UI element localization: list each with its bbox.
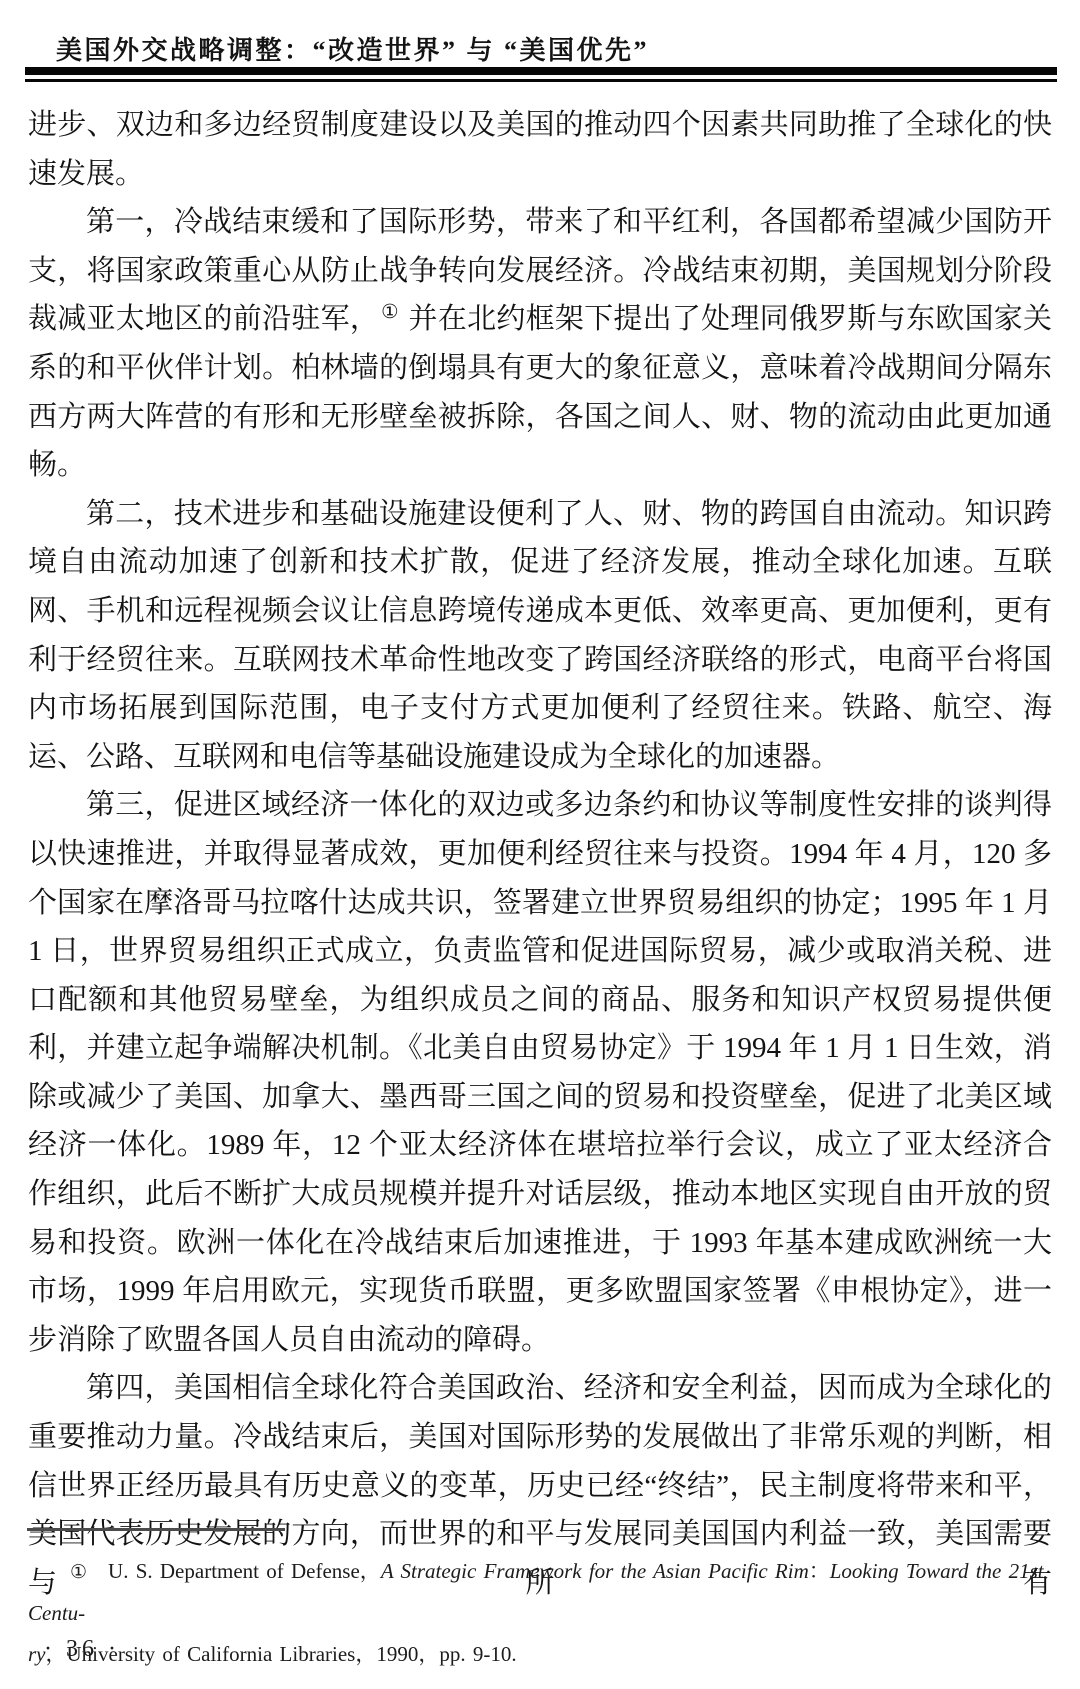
text-run: 进步、双边和多边经贸制度建设以及美国的推动四个因素共同助推了全球化的快速发展。 xyxy=(28,109,1052,190)
italic-title-text: A Strategic Framework for the Asian Paci… xyxy=(381,1559,809,1583)
body-text: 进步、双边和多边经贸制度建设以及美国的推动四个因素共同助推了全球化的快速发展。第… xyxy=(28,101,1052,1607)
paragraph-1: 进步、双边和多边经贸制度建设以及美国的推动四个因素共同助推了全球化的快速发展。 xyxy=(28,101,1052,198)
footnote-line-1: ① U. S. Department of Defense，A Strategi… xyxy=(28,1551,1052,1634)
text-run: 第三，促进区域经济一体化的双边或多边条约和协议等制度性安排的谈判得以快速推进，并… xyxy=(28,789,1052,1356)
header-rule-thin xyxy=(25,79,1057,82)
paragraph-2: 第一，冷战结束缓和了国际形势，带来了和平红利，各国都希望减少国防开支，将国家政策… xyxy=(28,198,1052,490)
text-run: 第二，技术进步和基础设施建设便利了人、财、物的跨国自由流动。知识跨境自由流动加速… xyxy=(28,498,1052,773)
paragraph-4: 第三，促进区域经济一体化的双边或多边条约和协议等制度性安排的谈判得以快速推进，并… xyxy=(28,781,1052,1364)
footnote-number: ① xyxy=(70,1562,87,1583)
document-page: 美国外交战略调整：“改造世界” 与 “美国优先” 进步、双边和多边经贸制度建设以… xyxy=(0,0,1080,1689)
footnote: ① U. S. Department of Defense，A Strategi… xyxy=(28,1551,1052,1675)
paragraph-3: 第二，技术进步和基础设施建设便利了人、财、物的跨国自由流动。知识跨境自由流动加速… xyxy=(28,490,1052,782)
text-run: ： xyxy=(809,1559,830,1583)
header-rule-thick xyxy=(25,67,1057,75)
italic-title-text: ry xyxy=(28,1642,46,1666)
running-title: 美国外交战略调整：“改造世界” 与 “美国优先” xyxy=(56,30,649,67)
text-run: U. S. Department of Defense， xyxy=(87,1559,381,1583)
footnote-line-2: ry，University of California Libraries，19… xyxy=(28,1634,1052,1675)
footnote-separator-rule xyxy=(27,1528,285,1531)
footnote-marker: ① xyxy=(379,301,401,323)
page-number: · 36 · xyxy=(44,1636,120,1663)
